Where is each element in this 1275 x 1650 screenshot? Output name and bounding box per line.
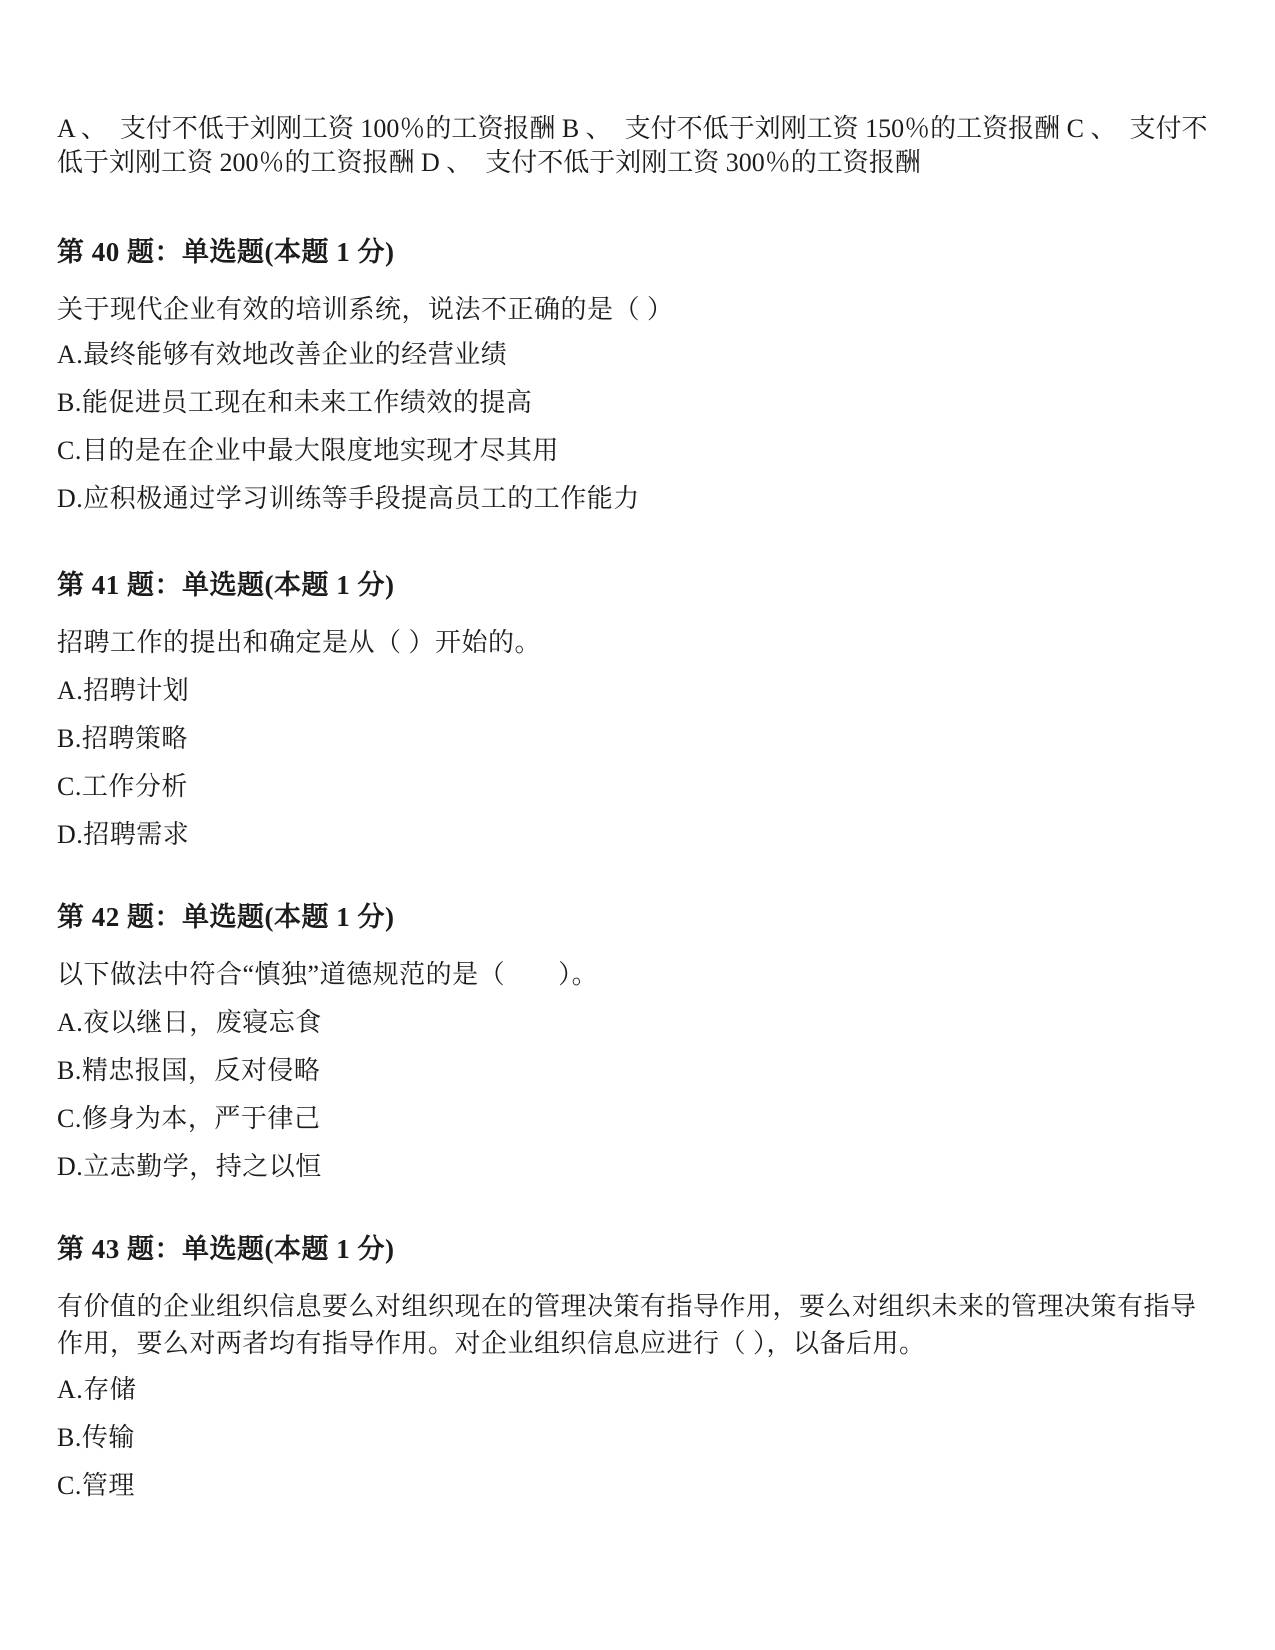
question-40-body: 关于现代企业有效的培训系统，说法不正确的是（ ） bbox=[57, 291, 1217, 328]
question-42-body: 以下做法中符合“慎独”道德规范的是（ ）。 bbox=[57, 956, 1217, 993]
previous-question-options-line: A 、 支付不低于刘刚工资 100％的工资报酬 B 、 支付不低于刘刚工资 15… bbox=[57, 112, 1217, 180]
question-40-heading: 第 40 题：单选题(本题 1 分) bbox=[57, 234, 1217, 271]
question-41-option-b: B.招聘策略 bbox=[57, 720, 1217, 757]
question-41-body: 招聘工作的提出和确定是从（ ）开始的。 bbox=[57, 624, 1217, 661]
question-42-option-a: A.夜以继日，废寝忘食 bbox=[57, 1004, 1217, 1041]
question-42-heading: 第 42 题：单选题(本题 1 分) bbox=[57, 899, 1217, 936]
question-43-option-b: B.传输 bbox=[57, 1419, 1217, 1456]
exam-document-page: A 、 支付不低于刘刚工资 100％的工资报酬 B 、 支付不低于刘刚工资 15… bbox=[0, 0, 1275, 1650]
question-41-option-c: C.工作分析 bbox=[57, 768, 1217, 805]
question-40-option-b: B.能促进员工现在和未来工作绩效的提高 bbox=[57, 384, 1217, 421]
question-41-option-d: D.招聘需求 bbox=[57, 816, 1217, 853]
question-42-option-d: D.立志勤学，持之以恒 bbox=[57, 1148, 1217, 1185]
question-41-heading: 第 41 题：单选题(本题 1 分) bbox=[57, 567, 1217, 604]
question-42-option-b: B.精忠报国，反对侵略 bbox=[57, 1052, 1217, 1089]
question-40-option-c: C.目的是在企业中最大限度地实现才尽其用 bbox=[57, 432, 1217, 469]
question-42-option-c: C.修身为本，严于律己 bbox=[57, 1100, 1217, 1137]
question-43-body: 有价值的企业组织信息要么对组织现在的管理决策有指导作用，要么对组织未来的管理决策… bbox=[57, 1288, 1217, 1362]
question-40-option-a: A.最终能够有效地改善企业的经营业绩 bbox=[57, 336, 1217, 373]
question-41-option-a: A.招聘计划 bbox=[57, 672, 1217, 709]
question-43-option-c: C.管理 bbox=[57, 1467, 1217, 1504]
question-40-option-d: D.应积极通过学习训练等手段提高员工的工作能力 bbox=[57, 480, 1217, 517]
question-43-heading: 第 43 题：单选题(本题 1 分) bbox=[57, 1231, 1217, 1268]
question-43-option-a: A.存储 bbox=[57, 1371, 1217, 1408]
